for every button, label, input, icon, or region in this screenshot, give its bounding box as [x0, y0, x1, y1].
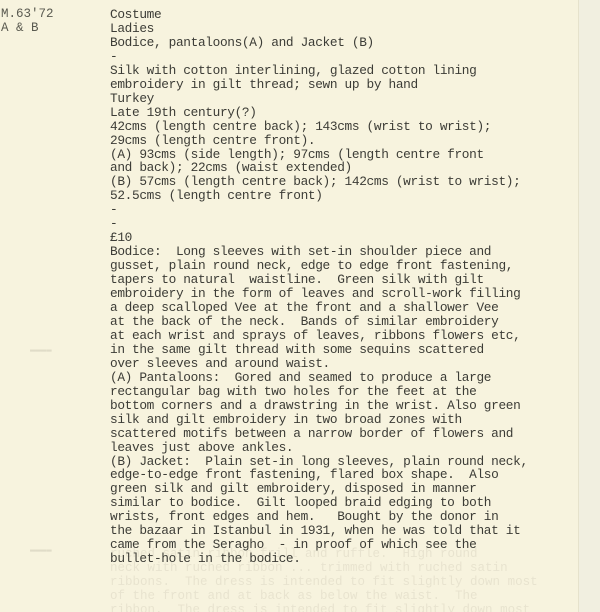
paper-edge-strip [578, 0, 600, 612]
text-line: 29cms (length centre front). [110, 134, 580, 148]
text-line: (B) 57cms (length centre back); 142cms (… [110, 175, 580, 189]
text-line: bullet-hole in the bodice. [110, 552, 580, 566]
text-line: £10 [110, 231, 580, 245]
text-line: (A) Pantaloons: Gored and seamed to prod… [110, 371, 580, 385]
text-line: silk and gilt embroidery in two broad zo… [110, 413, 580, 427]
text-line: Bodice: Long sleeves with set-in shoulde… [110, 245, 580, 259]
text-line: edge-to-edge front fastening, flared box… [110, 468, 580, 482]
text-line: green silk and gilt embroidery, disposed… [110, 482, 580, 496]
text-line: embroidery in the form of leaves and scr… [110, 287, 580, 301]
text-line: and back); 22cms (waist extended) [110, 161, 580, 175]
parts-label: A & B [1, 21, 39, 35]
margin-show-through: ▬▬▬▬ [30, 345, 52, 355]
text-line: Late 19th century(?) [110, 106, 580, 120]
accession-reference: M.63'72 A & B [1, 8, 54, 36]
catalogue-entry: CostumeLadiesBodice, pantaloons(A) and J… [110, 8, 580, 566]
text-line: Silk with cotton interlining, glazed cot… [110, 64, 580, 78]
text-line: - [110, 50, 580, 64]
text-line: scattered motifs between a narrow border… [110, 427, 580, 441]
text-line: over sleeves and around waist. [110, 357, 580, 371]
text-line: (A) 93cms (side length); 97cms (length c… [110, 148, 580, 162]
text-line: gusset, plain round neck, edge to edge f… [110, 259, 580, 273]
text-line: bottom corners and a drawstring in the w… [110, 399, 580, 413]
text-line: Bodice, pantaloons(A) and Jacket (B) [110, 36, 580, 50]
text-line: 52.5cms (length centre front) [110, 189, 580, 203]
text-line: tapers to natural waistline. Green silk … [110, 273, 580, 287]
text-line: wrists, front edges and hem. Bought by t… [110, 510, 580, 524]
text-line: 42cms (length centre back); 143cms (wris… [110, 120, 580, 134]
text-line: came from the Seragho - in proof of whic… [110, 538, 580, 552]
margin-show-through: ▬▬▬▬ [30, 545, 52, 555]
text-line: in the same gilt thread with some sequin… [110, 343, 580, 357]
text-line: rectangular bag with two holes for the f… [110, 385, 580, 399]
text-line: Turkey [110, 92, 580, 106]
text-line: Ladies [110, 22, 580, 36]
text-line: - [110, 217, 580, 231]
text-line: a deep scalloped Vee at the front and a … [110, 301, 580, 315]
text-line: at each wrist and sprays of leaves, ribb… [110, 329, 580, 343]
accession-number: M.63'72 [1, 7, 54, 21]
text-line: similar to bodice. Gilt looped braid edg… [110, 496, 580, 510]
text-line: at the back of the neck. Bands of simila… [110, 315, 580, 329]
text-line: leaves just above ankles. [110, 441, 580, 455]
text-line: embroidery in gilt thread; sewn up by ha… [110, 78, 580, 92]
text-line: the bazaar in Istanbul in 1931, when he … [110, 524, 580, 538]
text-line: Costume [110, 8, 580, 22]
text-line: - [110, 203, 580, 217]
text-line: (B) Jacket: Plain set-in long sleeves, p… [110, 455, 580, 469]
